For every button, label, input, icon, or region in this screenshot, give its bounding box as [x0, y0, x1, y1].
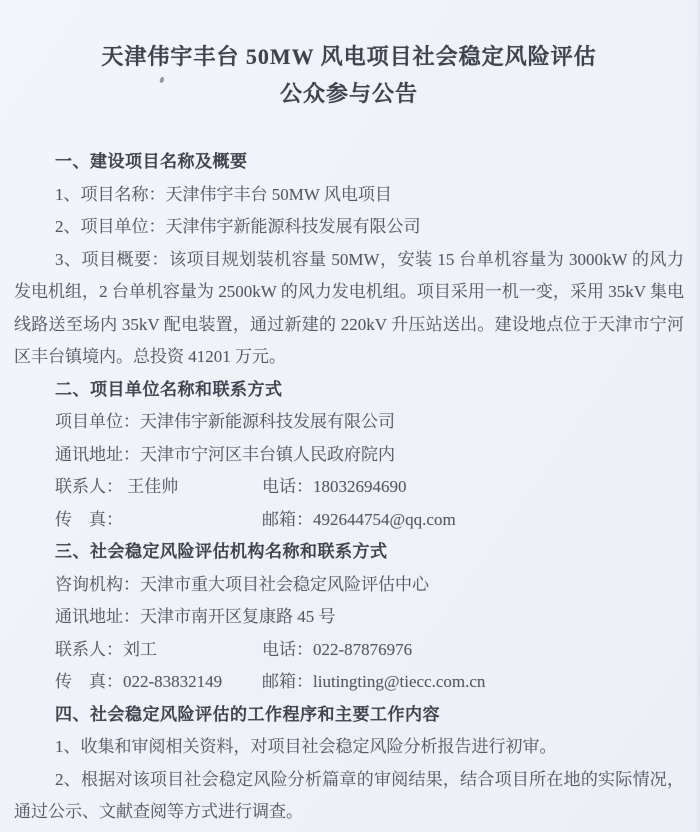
section-2-heading: 二、项目单位名称和联系方式 — [14, 374, 684, 407]
agency-fax: 传 真：022-83832149 — [55, 666, 262, 699]
unit-fax: 传 真： — [55, 504, 262, 537]
page-title: 天津伟宇丰台 50MW 风电项目社会稳定风险评估 公众参与公告 — [14, 38, 684, 112]
work-step-1-line: 1、收集和审阅相关资料，对项目社会稳定风险分析报告进行初审。 — [14, 731, 684, 764]
agency-contact-phone: 电话：022-87876976 — [262, 634, 412, 667]
unit-contact-person: 联系人： 王佳帅 — [55, 471, 262, 504]
agency-name-line: 咨询机构：天津市重大项目社会稳定风险评估中心 — [14, 569, 684, 602]
agency-contact-person: 联系人：刘工 — [55, 634, 262, 667]
unit-name-line: 项目单位：天津伟宇新能源科技发展有限公司 — [14, 406, 684, 439]
unit-contact-row: 联系人： 王佳帅 电话：18032694690 — [14, 471, 684, 504]
unit-contact-phone: 电话：18032694690 — [262, 471, 407, 504]
agency-email: 邮箱：liutingting@tiecc.com.cn — [262, 666, 485, 699]
section-4-heading: 四、社会稳定风险评估的工作程序和主要工作内容 — [14, 699, 684, 732]
project-overview-paragraph: 3、项目概要：该项目规划装机容量 50MW，安装 15 台单机容量为 3000k… — [14, 244, 684, 374]
agency-address-line: 通讯地址：天津市南开区复康路 45 号 — [14, 601, 684, 634]
project-name-line: 1、项目名称：天津伟宇丰台 50MW 风电项目 — [14, 179, 684, 212]
project-unit-line: 2、项目单位：天津伟宇新能源科技发展有限公司 — [14, 211, 684, 244]
agency-fax-row: 传 真：022-83832149 邮箱：liutingting@tiecc.co… — [14, 666, 684, 699]
agency-contact-row: 联系人：刘工 电话：022-87876976 — [14, 634, 684, 667]
work-step-2-paragraph: 2、根据对该项目社会稳定风险分析篇章的审阅结果，结合项目所在地的实际情况，通过公… — [14, 764, 684, 829]
document-page: 天津伟宇丰台 50MW 风电项目社会稳定风险评估 公众参与公告 一、建设项目名称… — [0, 0, 700, 832]
title-line-2: 公众参与公告 — [14, 75, 684, 112]
unit-email: 邮箱：492644754@qq.com — [262, 504, 456, 537]
title-line-1: 天津伟宇丰台 50MW 风电项目社会稳定风险评估 — [14, 38, 684, 75]
unit-fax-row: 传 真： 邮箱：492644754@qq.com — [14, 504, 684, 537]
document-body: 一、建设项目名称及概要 1、项目名称：天津伟宇丰台 50MW 风电项目 2、项目… — [14, 146, 684, 829]
section-3-heading: 三、社会稳定风险评估机构名称和联系方式 — [14, 536, 684, 569]
unit-address-line: 通讯地址：天津市宁河区丰台镇人民政府院内 — [14, 439, 684, 472]
section-1-heading: 一、建设项目名称及概要 — [14, 146, 684, 179]
